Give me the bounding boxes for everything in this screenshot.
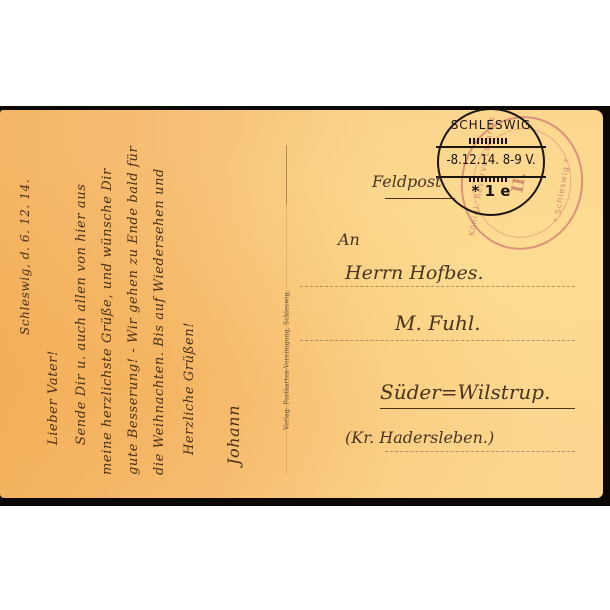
postmark-date: -8.12.14. 8-9 V.	[439, 153, 543, 168]
handwritten-message: Schleswig, d. 6. 12. 14. Lieber Vater! S…	[10, 125, 260, 485]
message-signature: Johann	[224, 405, 243, 465]
address-dotted-line-1	[300, 286, 575, 287]
address-underline-3	[380, 408, 575, 409]
postmark-hatch-top	[469, 138, 509, 144]
message-line: Herzliche Grüßen!	[182, 322, 197, 455]
postmark-city: SCHLESWIG	[439, 118, 543, 132]
message-line: Sende Dir u. auch allen von hier aus	[74, 184, 89, 446]
message-line: die Weihnachten. Bis auf Wiedersehen und	[152, 168, 167, 475]
publisher-imprint: Verlag: Postkarten-Vereinigung, Schleswi…	[284, 290, 291, 430]
feldpost-underline	[385, 198, 455, 199]
message-line: gute Besserung! - Wir gehen zu Ende bald…	[126, 146, 141, 475]
address-dotted-line-2	[300, 340, 575, 341]
postmark: SCHLESWIG -8.12.14. 8-9 V. * 1 e	[437, 110, 545, 216]
message-line: meine herzlichste Grüße, und wünsche Dir	[100, 168, 115, 475]
address-dotted-line-4	[385, 451, 575, 452]
address-line-4: (Kr. Hadersleben.)	[345, 428, 494, 447]
message-place-date: Schleswig, d. 6. 12. 14.	[18, 179, 32, 335]
postcard: Verlag: Postkarten-Vereinigung, Schleswi…	[0, 110, 603, 498]
address-line-2: M. Fuhl.	[395, 311, 481, 335]
service-note-feldpost: Feldpost	[372, 172, 442, 191]
address-line-1: Herrn Hofbes.	[345, 262, 484, 284]
address-line-3: Süder=Wilstrup.	[380, 380, 550, 404]
message-greeting: Lieber Vater!	[46, 350, 61, 445]
address-salutation: An	[338, 230, 360, 249]
center-divider-line-top	[286, 145, 287, 205]
